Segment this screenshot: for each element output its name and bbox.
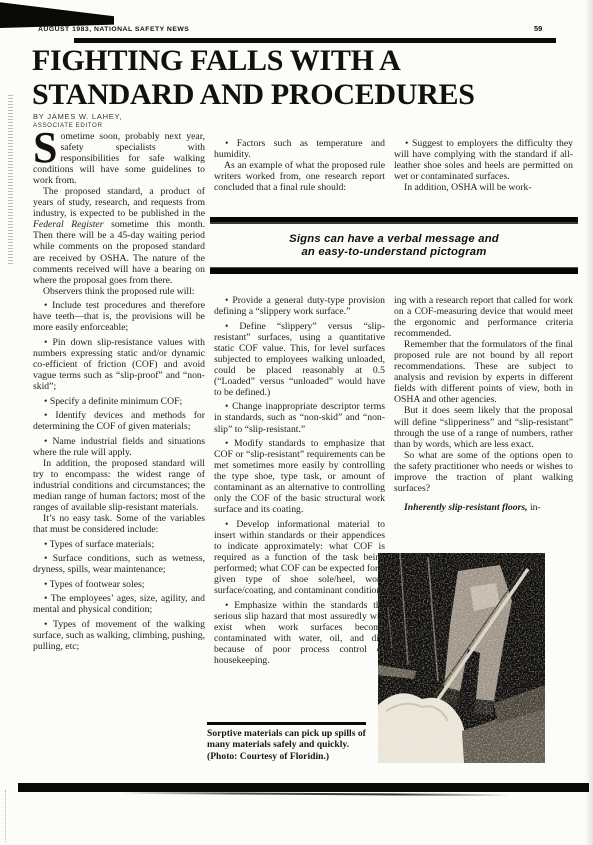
bullet-item: • Pin down slip-resistance values with n… (33, 337, 205, 392)
article-title-line2: STANDARD AND PROCEDURES (32, 78, 577, 112)
paragraph: Observers think the proposed rule will: (33, 286, 205, 297)
paragraph: It’s no easy task. Some of the variables… (33, 513, 205, 535)
paragraph: As an example of what the proposed rule … (214, 160, 385, 193)
page-edge-shading (585, 0, 593, 845)
drop-cap: S (33, 131, 60, 164)
byline-author: BY JAMES W. LAHEY, (33, 112, 122, 121)
paragraph: Sometime soon, probably next year, safet… (33, 131, 205, 186)
column-2-top: • Factors such as temperature and humidi… (214, 138, 385, 193)
scan-edge-artifact (0, 0, 114, 28)
scan-dotted-artifact (5, 790, 6, 842)
title-rule (74, 38, 556, 43)
pull-quote-text: Signs can have a verbal message and an e… (210, 233, 578, 259)
article-title-line1: FIGHTING FALLS WITH A (32, 44, 577, 78)
magazine-page: AUGUST 1983, NATIONAL SAFETY NEWS 59 FIG… (0, 0, 593, 845)
bullet-item: • Types of surface materials; (33, 539, 205, 550)
bullet-item: • Suggest to employers the difficulty th… (394, 138, 573, 182)
bullet-item: • Types of movement of the walking surfa… (33, 619, 205, 652)
bullet-item: • Factors such as temperature and humidi… (214, 138, 385, 160)
bullet-item: • Emphasize within the standards the ser… (214, 600, 385, 666)
bullet-item: • Provide a general duty-type provision … (214, 295, 385, 317)
paragraph: Remember that the formulators of the fin… (394, 339, 573, 405)
paragraph: But it does seem likely that the proposa… (394, 405, 573, 449)
bullet-item: • The employees’ ages, size, agility, an… (33, 593, 205, 615)
bullet-item: • Modify standards to emphasize that COF… (214, 438, 385, 515)
caption-rule (207, 722, 366, 725)
article-photo (378, 553, 545, 763)
page-number: 59 (534, 24, 542, 33)
paragraph: So what are some of the options open to … (394, 450, 573, 494)
bullet-item: • Name industrial fields and situations … (33, 436, 205, 458)
paragraph: In addition, the proposed standard will … (33, 458, 205, 513)
bottom-rule (18, 783, 589, 792)
bullet-item: • Types of footwear soles; (33, 579, 205, 590)
pull-quote-rule-top (210, 217, 578, 224)
bullet-item: • Specify a definite minimum COF; (33, 396, 205, 407)
bullet-item: • Surface conditions, such as wetness, d… (33, 553, 205, 575)
pull-quote: Signs can have a verbal message and an e… (210, 217, 578, 274)
issue-kicker: AUGUST 1983, NATIONAL SAFETY NEWS (38, 26, 189, 33)
bullet-item: • Develop informational material to inse… (214, 519, 385, 596)
worker-sweeping-spill-image (378, 553, 545, 763)
bottom-rule-smear (120, 792, 510, 796)
paragraph: ing with a research report that called f… (394, 295, 573, 339)
bullet-item: • Include test procedures and therefore … (33, 300, 205, 333)
pull-quote-rule-bottom (210, 267, 578, 274)
column-1: Sometime soon, probably next year, safet… (33, 131, 205, 652)
bullet-item: • Identify devices and methods for deter… (33, 410, 205, 432)
article-title: FIGHTING FALLS WITH A STANDARD AND PROCE… (32, 44, 577, 112)
paragraph: The proposed standard, a product of year… (33, 186, 205, 285)
column-2-body: • Provide a general duty-type provision … (214, 295, 385, 666)
paragraph-leadin: Inherently slip-resistant floors, in- (394, 502, 573, 513)
bullet-item: • Define “slippery” versus “slip-resista… (214, 321, 385, 398)
photo-caption: Sorptive materials can pick up spills of… (207, 728, 379, 762)
column-3-top: • Suggest to employers the difficulty th… (394, 138, 573, 193)
paragraph: In addition, OSHA will be work- (394, 182, 573, 193)
spine-microtext-artifact (8, 95, 13, 265)
bullet-item: • Change inappropriate descriptor terms … (214, 401, 385, 434)
column-3-body: ing with a research report that called f… (394, 295, 573, 513)
